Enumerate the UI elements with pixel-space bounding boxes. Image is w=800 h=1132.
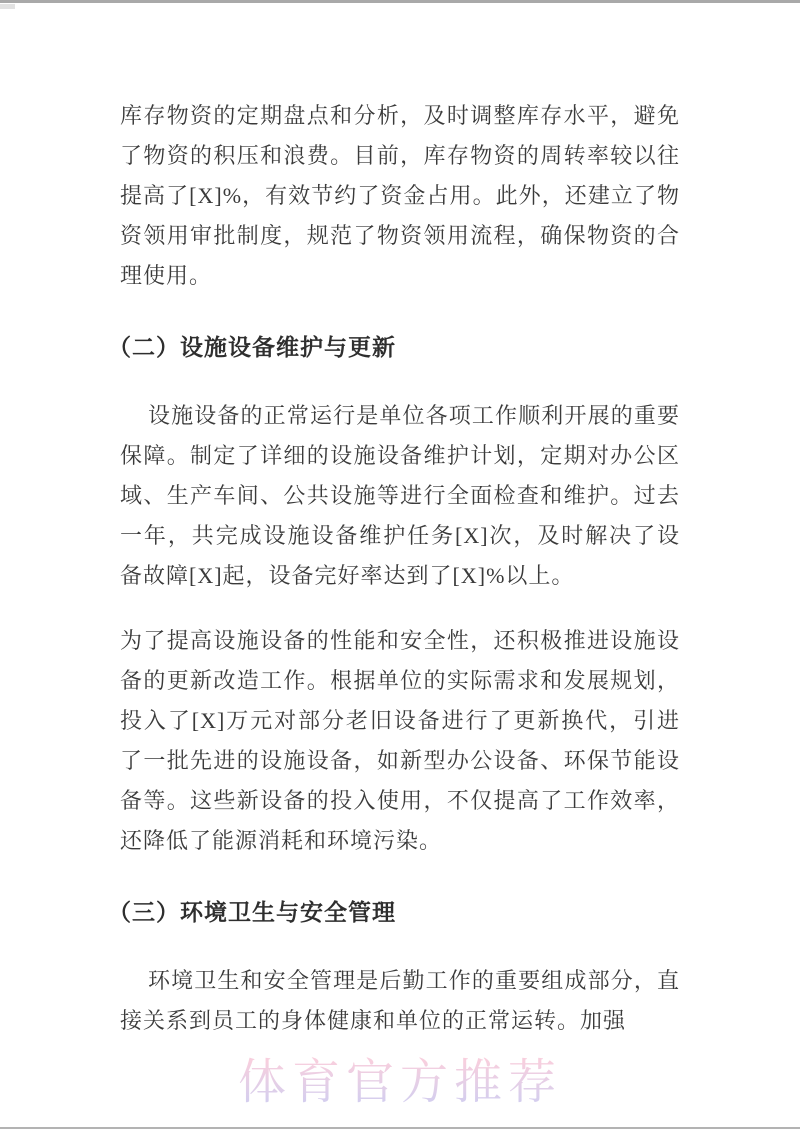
body-paragraph-upgrade: 为了提高设施设备的性能和安全性，还积极推进设施设备的更新改造工作。根据单位的实际… — [120, 621, 680, 861]
section-heading-environment: （三）环境卫生与安全管理 — [108, 893, 680, 933]
section-heading-facilities: （二）设施设备维护与更新 — [108, 328, 680, 368]
body-paragraph-inventory: 库存物资的定期盘点和分析，及时调整库存水平，避免了物资的积压和浪费。目前，库存物… — [120, 96, 680, 296]
body-paragraph-safety: 环境卫生和安全管理是后勤工作的重要组成部分，直接关系到员工的身体健康和单位的正常… — [120, 961, 680, 1041]
document-page: 库存物资的定期盘点和分析，及时调整库存水平，避免了物资的积压和浪费。目前，库存物… — [120, 0, 680, 1066]
body-paragraph-maintenance: 设施设备的正常运行是单位各项工作顺利开展的重要保障。制定了详细的设施设备维护计划… — [120, 396, 680, 596]
page-bottom-rule — [0, 1127, 800, 1129]
scan-corner-artifact — [0, 4, 15, 9]
